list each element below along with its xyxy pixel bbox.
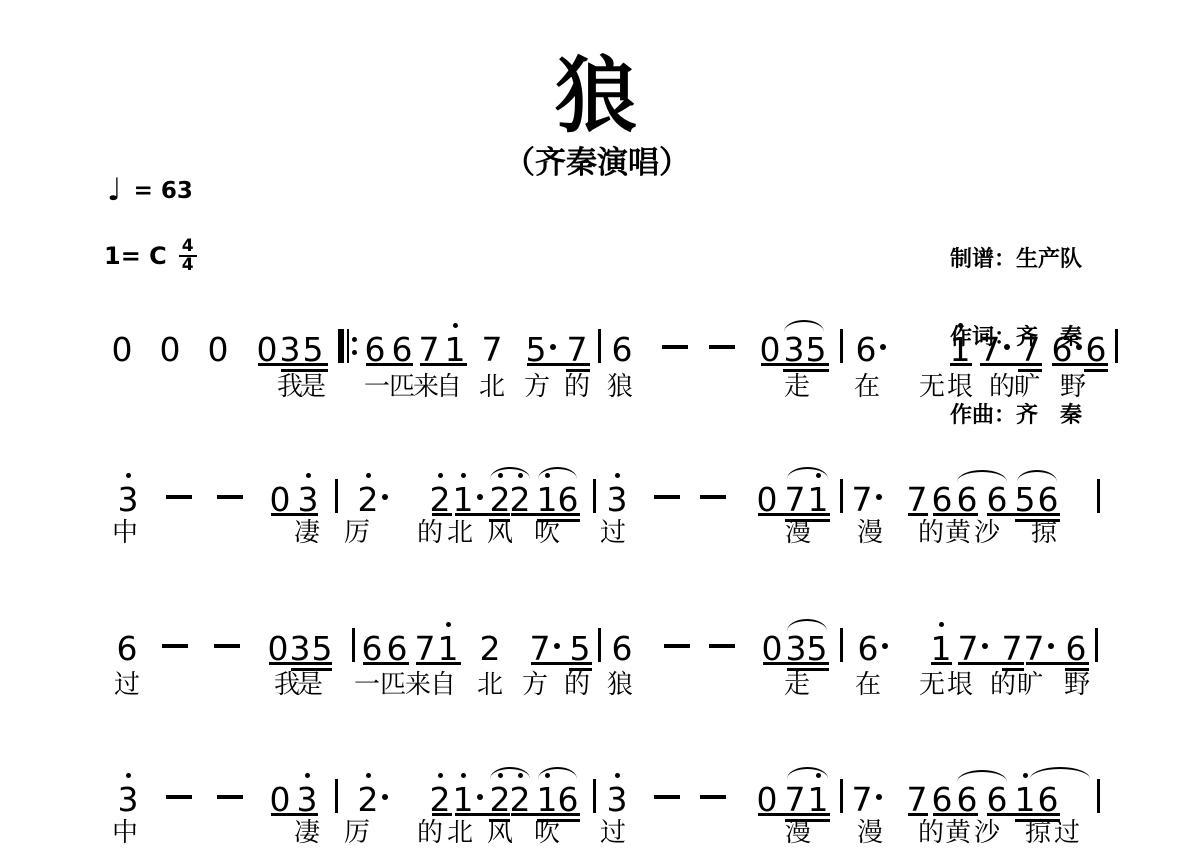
note-digit: 6 (856, 333, 877, 366)
lyric-char: 一 (354, 672, 380, 698)
barline (1095, 628, 1098, 662)
beam-underline (1084, 369, 1108, 372)
beam-underline (271, 513, 318, 516)
note-digit: 1 (453, 483, 474, 516)
slur (538, 767, 577, 779)
lyric-char: 野 (1064, 672, 1090, 698)
note-digit: 0 (112, 333, 133, 366)
note-digit: 0 (757, 783, 778, 816)
barline (335, 779, 338, 813)
lyric-char: 过 (114, 672, 140, 698)
note-digit: 2 (490, 783, 511, 816)
beam-underline (269, 662, 332, 665)
lyric-char: 狼 (607, 374, 633, 400)
barline (593, 479, 596, 513)
duration-dash (700, 795, 726, 799)
beam-underline (432, 813, 452, 816)
note-digit: 6 (1052, 333, 1073, 366)
note-digit: 2 (358, 483, 379, 516)
beam-underline (531, 662, 592, 665)
note-digit: 6 (932, 783, 953, 816)
augmentation-dot (382, 494, 388, 500)
note-digit: 3 (784, 333, 805, 366)
repeat-begin-thick-bar (338, 329, 344, 363)
note-digit: 6 (612, 333, 633, 366)
octave-dot (438, 773, 443, 778)
duration-dash (217, 795, 243, 799)
octave-dot (615, 773, 620, 778)
lyric-char: 厉 (344, 820, 370, 846)
note-digit: 7 (415, 632, 436, 665)
slur (538, 467, 577, 479)
note-digit: 2 (430, 783, 451, 816)
lyric-char: 自 (436, 374, 462, 400)
beam-underline (761, 363, 829, 366)
beam-underline (958, 662, 1024, 665)
note-digit: 1 (808, 783, 829, 816)
lyric-char: 北 (447, 520, 473, 546)
note-digit: 3 (118, 483, 139, 516)
lyric-char: 北 (447, 820, 473, 846)
note-digit: 5 (312, 632, 333, 665)
beam-underline (271, 813, 318, 816)
augmentation-dot (1004, 344, 1010, 350)
lyric-char: 旷 (1014, 374, 1040, 400)
lyric-char: 吹 (534, 820, 560, 846)
augmentation-dot (876, 494, 882, 500)
octave-dot (306, 473, 311, 478)
octave-dot (461, 473, 466, 478)
note-digit: 2 (510, 483, 531, 516)
lyric-char: 漫 (785, 520, 811, 546)
barline (352, 628, 355, 662)
note-digit: 1 (537, 483, 558, 516)
note-digit: 3 (607, 783, 628, 816)
note-digit: 5 (807, 632, 828, 665)
note-digit: 6 (1038, 783, 1059, 816)
duration-dash (664, 644, 690, 648)
note-digit: 5 (1015, 483, 1036, 516)
note-digit: 3 (118, 783, 139, 816)
lyric-char: 的 (417, 820, 443, 846)
duration-dash (166, 495, 192, 499)
note-digit: 7 (907, 783, 928, 816)
note-digit: 6 (117, 632, 138, 665)
slur (787, 767, 828, 779)
beam-underline (455, 813, 510, 816)
lyric-char: 凄 (294, 520, 320, 546)
note-digit: 7 (980, 333, 1001, 366)
note-digit: 1 (445, 333, 466, 366)
note-digit: 5 (570, 632, 591, 665)
beam-underline (420, 363, 467, 366)
lyric-char: 凄 (294, 820, 320, 846)
note-digit: 6 (957, 783, 978, 816)
note-digit: 6 (558, 783, 579, 816)
note-digit: 1 (950, 333, 971, 366)
lyric-char: 中 (112, 820, 138, 846)
note-digit: 2 (358, 783, 379, 816)
lyric-char: 过 (600, 820, 626, 846)
lyric-char: 无 (919, 374, 945, 400)
tempo-value: = 63 (134, 178, 193, 204)
barline (1097, 479, 1100, 513)
beam-underline (950, 363, 972, 366)
lyric-char: 厉 (344, 520, 370, 546)
lyric-char: 的 (990, 672, 1016, 698)
lyric-char: 沙 (974, 520, 1000, 546)
lyric-char: 吹 (534, 520, 560, 546)
note-digit: 1 (438, 632, 459, 665)
barline (598, 329, 601, 363)
beam-underline (763, 662, 829, 665)
lyric-char: 垠 (947, 672, 973, 698)
augmentation-dot (876, 794, 882, 800)
lyric-char: 匹 (380, 672, 406, 698)
note-digit: 5 (526, 333, 547, 366)
octave-dot (126, 773, 131, 778)
barline (840, 628, 843, 662)
note-digit: 6 (858, 632, 879, 665)
note-digit: 3 (280, 333, 301, 366)
song-title: 狼 (555, 56, 639, 138)
beam-underline (980, 363, 1042, 366)
time-denominator: 4 (182, 257, 194, 273)
beam-underline (363, 662, 409, 665)
lyric-char: 黄 (945, 520, 971, 546)
duration-dash (700, 495, 726, 499)
lyric-char: 掠 (1031, 520, 1057, 546)
barline (1115, 329, 1118, 363)
beam-underline (758, 513, 830, 516)
tempo-marking: ♩ = 63 (107, 175, 193, 206)
lyric-char: 沙 (974, 820, 1000, 846)
slur (957, 770, 1007, 782)
note-digit: 6 (987, 783, 1008, 816)
beam-underline (258, 363, 328, 366)
beam-underline (511, 513, 580, 516)
note-digit: 7 (958, 632, 979, 665)
note-digit: 7 (567, 333, 588, 366)
lyric-char: 漫 (857, 520, 883, 546)
lyric-char: 过 (1054, 820, 1080, 846)
lyric-char: 风 (487, 820, 513, 846)
barline (1097, 779, 1100, 813)
note-digit: 2 (480, 632, 501, 665)
note-digit: 7 (852, 783, 873, 816)
key-text: 1= C (104, 242, 167, 270)
octave-dot (615, 473, 620, 478)
note-digit: 7 (785, 783, 806, 816)
lyric-char: 无 (919, 672, 945, 698)
slur (787, 467, 828, 479)
slur (787, 619, 827, 631)
lyric-char: 的 (417, 520, 443, 546)
beam-underline (416, 662, 461, 665)
note-digit: 6 (387, 632, 408, 665)
barline (840, 779, 843, 813)
augmentation-dot (982, 643, 988, 649)
key-signature: 1= C 4 4 (104, 238, 197, 273)
lyric-char: 北 (477, 672, 503, 698)
note-digit: 7 (907, 483, 928, 516)
augmentation-dot (382, 794, 388, 800)
note-digit: 7 (1002, 632, 1023, 665)
repeat-begin-thin-bar (347, 329, 349, 363)
lyric-char: 漫 (785, 820, 811, 846)
octave-dot (1023, 773, 1028, 778)
duration-dash (217, 495, 243, 499)
note-digit: 1 (453, 783, 474, 816)
beam-underline (931, 662, 952, 665)
barline (335, 479, 338, 513)
note-digit: 3 (607, 483, 628, 516)
duration-dash (654, 795, 680, 799)
note-digit: 6 (558, 483, 579, 516)
augmentation-dot (550, 344, 556, 350)
lyric-char: 的 (918, 520, 944, 546)
note-digit: 5 (806, 333, 827, 366)
beam-underline (366, 363, 413, 366)
beam-underline (511, 813, 580, 816)
beam-underline (933, 813, 978, 816)
slur (1030, 767, 1090, 779)
augmentation-dot (477, 494, 483, 500)
lyric-char: 掠 (1025, 820, 1051, 846)
lyric-char: 狼 (607, 672, 633, 698)
duration-dash (662, 345, 688, 349)
lyric-char: 风 (487, 520, 513, 546)
note-digit: 3 (290, 632, 311, 665)
note-digit: 1 (808, 483, 829, 516)
note-digit: 6 (987, 483, 1008, 516)
note-digit: 7 (482, 333, 503, 366)
beam-underline (1052, 363, 1108, 366)
octave-dot (446, 622, 451, 627)
augmentation-dot (554, 643, 560, 649)
note-digit: 7 (785, 483, 806, 516)
lyric-char: 的 (918, 820, 944, 846)
lyric-char: 野 (1060, 374, 1086, 400)
beam-underline (908, 813, 928, 816)
note-digit: 0 (160, 333, 181, 366)
note-digit: 0 (268, 632, 289, 665)
note-digit: 5 (303, 333, 324, 366)
lyric-char: 是 (300, 374, 326, 400)
note-digit: 7 (419, 333, 440, 366)
note-digit: 0 (760, 333, 781, 366)
lyric-char: 自 (430, 672, 456, 698)
lyric-char: 走 (784, 374, 810, 400)
lyric-char: 的 (564, 672, 590, 698)
lyric-char: 垠 (947, 374, 973, 400)
duration-dash (654, 495, 680, 499)
beam-underline (908, 513, 928, 516)
note-digit: 3 (298, 483, 319, 516)
duration-dash (709, 345, 735, 349)
lyric-char: 在 (854, 374, 880, 400)
octave-dot (366, 473, 371, 478)
beam-underline (987, 813, 1060, 816)
duration-dash (166, 795, 192, 799)
time-signature: 4 4 (179, 238, 197, 273)
note-digit: 6 (932, 483, 953, 516)
duration-dash (709, 644, 735, 648)
note-digit: 0 (208, 333, 229, 366)
augmentation-dot (1076, 344, 1082, 350)
note-digit: 2 (490, 483, 511, 516)
beam-underline (455, 513, 510, 516)
lyric-char: 来 (405, 672, 431, 698)
quarter-note-icon: ♩ (107, 175, 122, 206)
performer-subtitle: （齐秦演唱） (504, 146, 690, 180)
barline (840, 479, 843, 513)
lyric-char: 的 (989, 374, 1015, 400)
note-digit: 7 (1020, 333, 1041, 366)
beam-underline (432, 513, 452, 516)
lyric-char: 在 (855, 672, 881, 698)
octave-dot (305, 773, 310, 778)
octave-dot (939, 622, 944, 627)
octave-dot (366, 773, 371, 778)
barline (593, 779, 596, 813)
lyric-char: 方 (522, 672, 548, 698)
lyric-char: 是 (297, 672, 323, 698)
slur (490, 467, 530, 479)
note-digit: 6 (362, 632, 383, 665)
note-digit: 0 (270, 783, 291, 816)
credit-arranger: 制谱：生产队 (950, 247, 1082, 273)
lyric-char: 漫 (857, 820, 883, 846)
augmentation-dot (1048, 643, 1054, 649)
octave-dot (453, 323, 458, 328)
lyric-char: 方 (524, 374, 550, 400)
note-digit: 6 (392, 333, 413, 366)
lyric-char: 匹 (389, 374, 415, 400)
note-digit: 7 (852, 483, 873, 516)
octave-dot (438, 473, 443, 478)
beam-underline (527, 363, 590, 366)
lyric-char: 北 (479, 374, 505, 400)
slur (784, 320, 824, 332)
lyric-char: 过 (600, 520, 626, 546)
repeat-dot (352, 337, 357, 342)
lyric-char: 旷 (1017, 672, 1043, 698)
octave-dot (461, 773, 466, 778)
note-digit: 7 (1024, 632, 1045, 665)
note-digit: 3 (786, 632, 807, 665)
barline (598, 628, 601, 662)
note-digit: 1 (537, 783, 558, 816)
beam-underline (987, 513, 1060, 516)
note-digit: 6 (1086, 333, 1107, 366)
augmentation-dot (477, 794, 483, 800)
note-digit: 6 (612, 632, 633, 665)
note-digit: 7 (530, 632, 551, 665)
note-digit: 6 (957, 483, 978, 516)
beam-underline (933, 513, 978, 516)
octave-dot (958, 323, 963, 328)
lyric-char: 中 (112, 520, 138, 546)
beam-underline (758, 813, 830, 816)
augmentation-dot (880, 344, 886, 350)
note-digit: 2 (510, 783, 531, 816)
note-digit: 3 (297, 783, 318, 816)
note-digit: 0 (257, 333, 278, 366)
lyric-char: 的 (564, 374, 590, 400)
note-digit: 2 (430, 483, 451, 516)
repeat-dot (352, 350, 357, 355)
duration-dash (162, 644, 188, 648)
duration-dash (214, 644, 240, 648)
octave-dot (126, 473, 131, 478)
note-digit: 1 (931, 632, 952, 665)
barline (840, 329, 843, 363)
note-digit: 0 (762, 632, 783, 665)
note-digit: 6 (1038, 483, 1059, 516)
note-digit: 0 (757, 483, 778, 516)
lyric-char: 一 (364, 374, 390, 400)
note-digit: 6 (365, 333, 386, 366)
slur (490, 767, 530, 779)
augmentation-dot (882, 643, 888, 649)
lyric-char: 黄 (945, 820, 971, 846)
note-digit: 6 (1066, 632, 1087, 665)
note-digit: 1 (1015, 783, 1036, 816)
beam-underline (1026, 662, 1089, 665)
note-digit: 0 (270, 483, 291, 516)
sheet-page: 狼 （齐秦演唱） ♩ = 63 1= C 4 4 制谱：生产队 作词：齐 秦 作… (0, 0, 1200, 850)
credit-composer: 作曲：齐 秦 (950, 403, 1082, 429)
lyric-char: 走 (784, 672, 810, 698)
